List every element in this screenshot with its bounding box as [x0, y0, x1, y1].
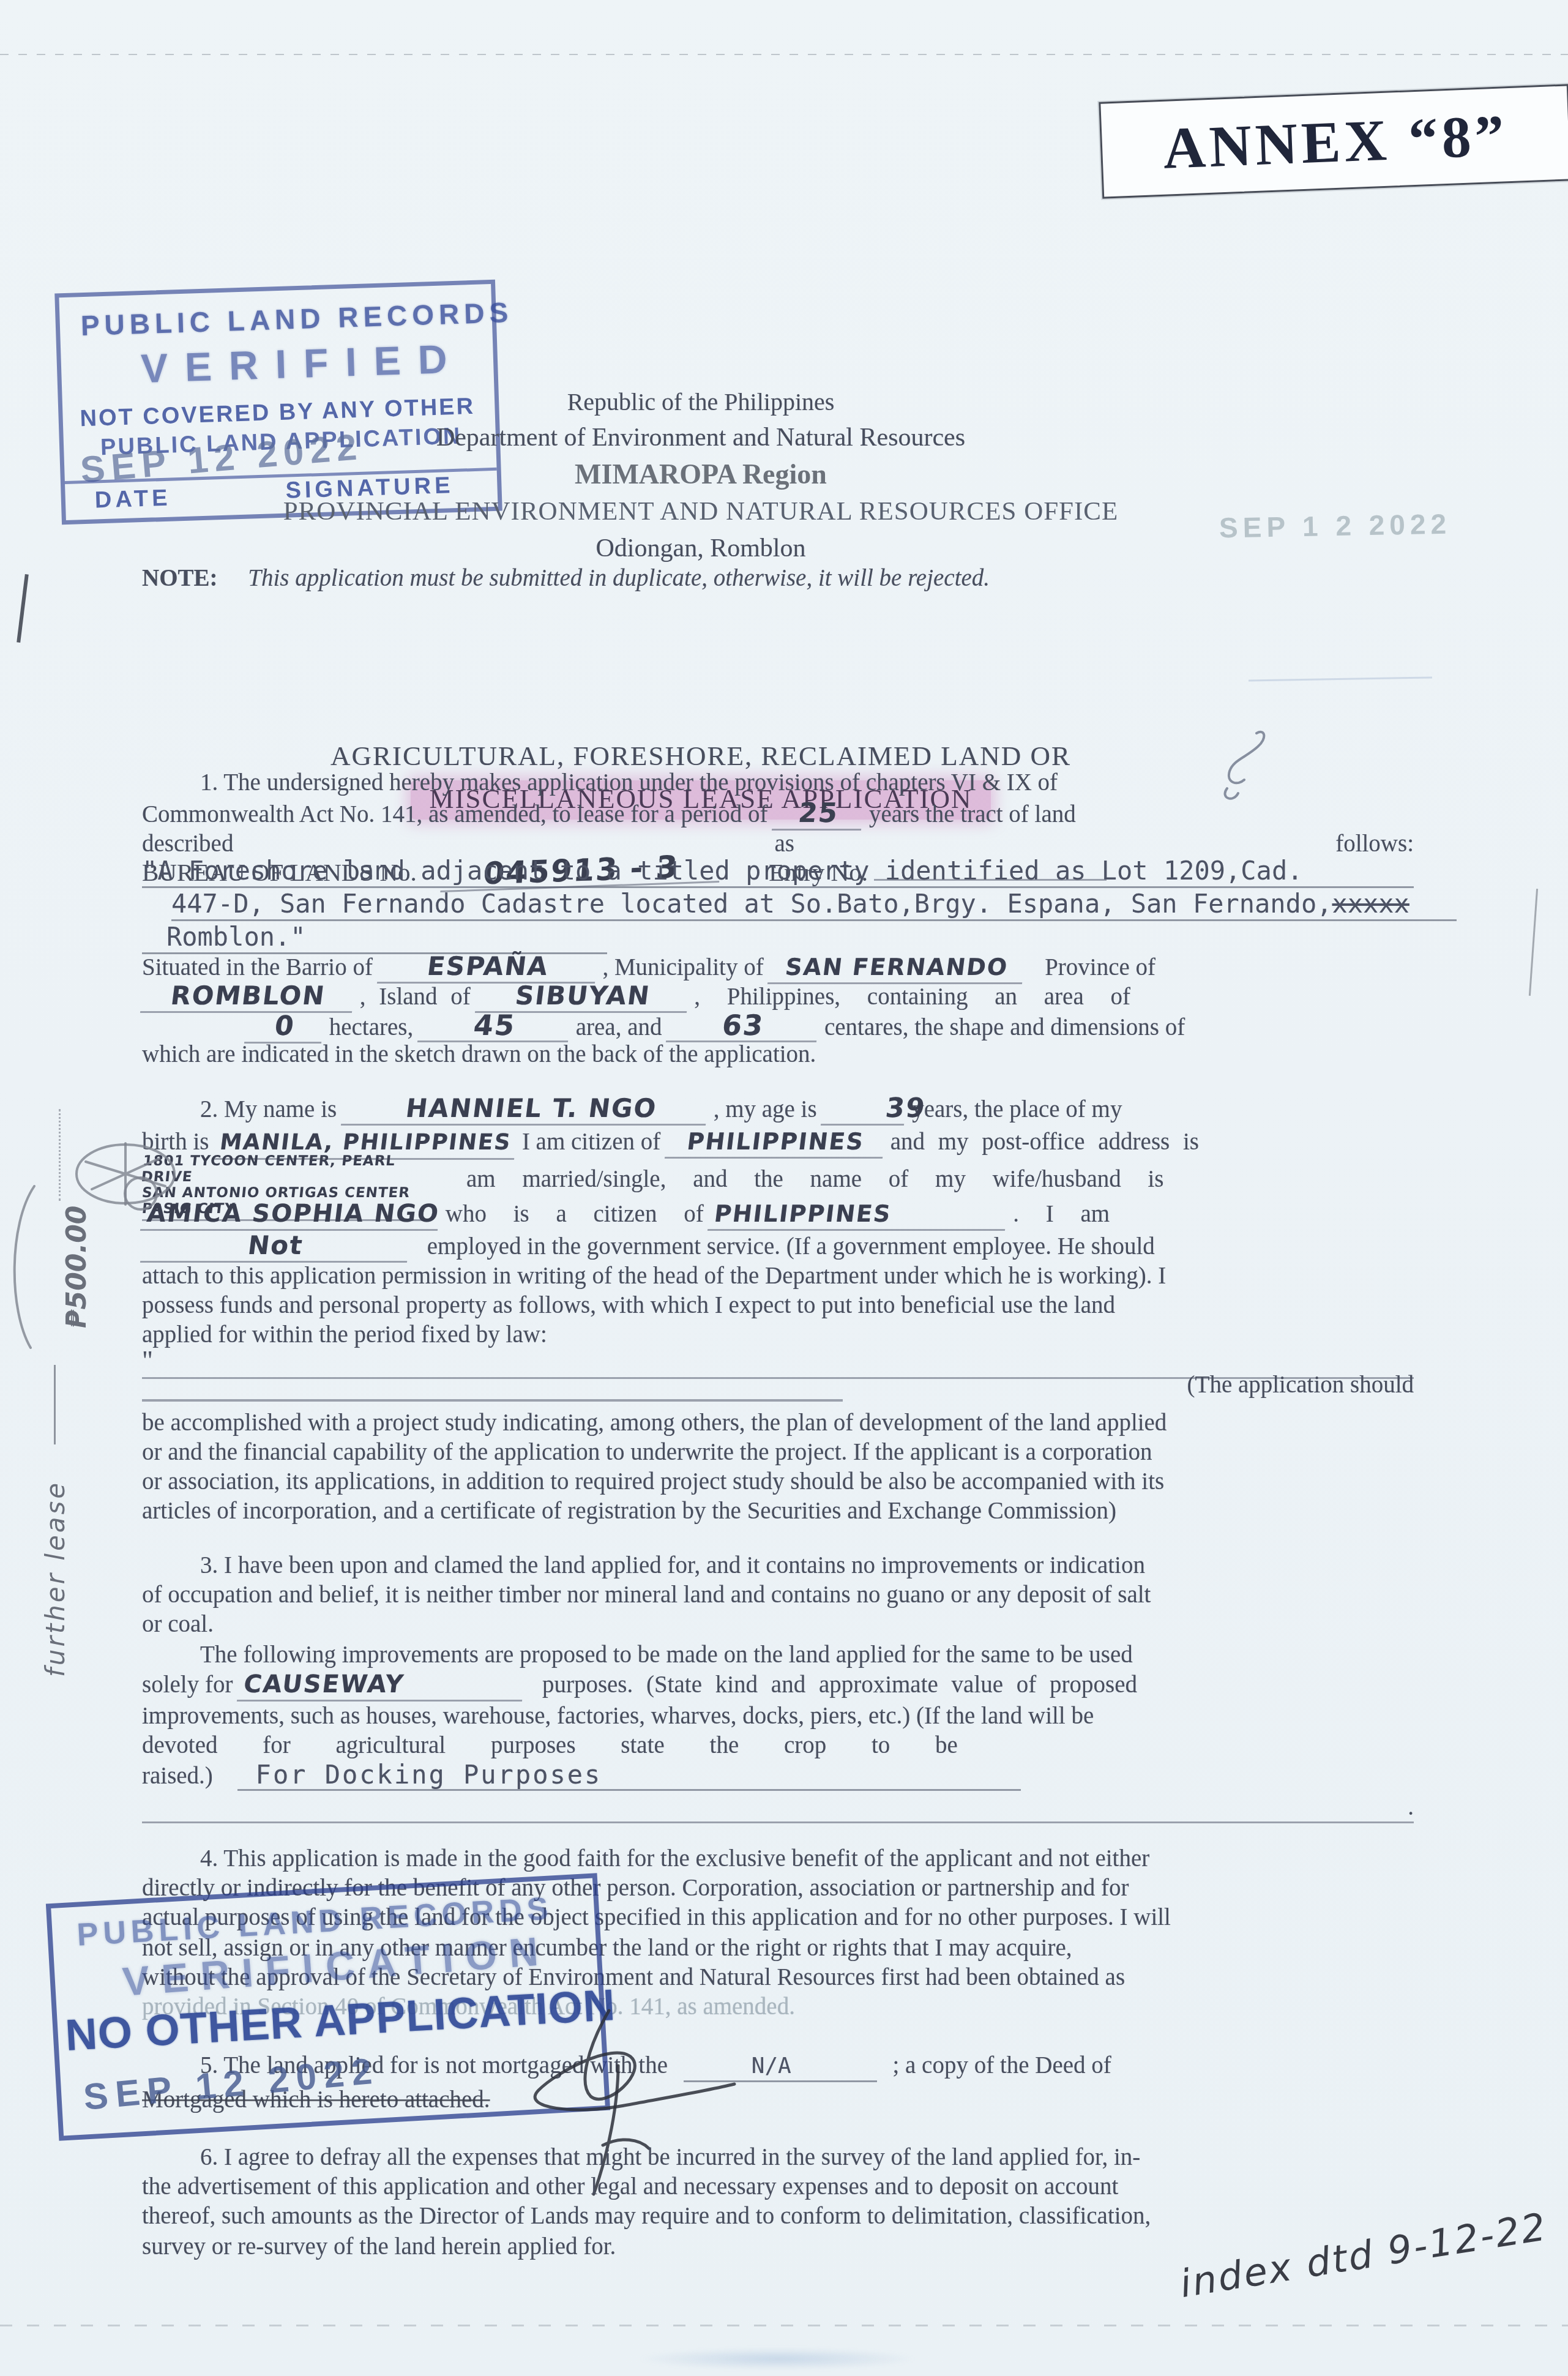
para2-line4: AMICA SOPHIA NGO who is a citizen of PHI… [142, 1200, 1414, 1231]
address-line1: 1801 TYCOON CENTER, PEARL DRIVE [140, 1153, 431, 1185]
scanned-document-page: ANNEX “8” PUBLIC LAND RECORDS VERIFIED N… [0, 0, 1568, 2376]
letterhead-office: PROVINCIAL ENVIRONMENT AND NATURAL RESOU… [257, 493, 1144, 530]
para2-line8: applied for within the period fixed by l… [142, 1321, 1414, 1349]
para2-name-label: 2. My name is [200, 1096, 337, 1123]
para3-line5: solely for CAUSEWAY purposes. (State kin… [142, 1670, 1414, 1702]
para5-deed-label: ; a copy of the Deed of [892, 2052, 1111, 2079]
letterhead-department: Department of Environment and Natural Re… [257, 420, 1144, 455]
typed-description-line2: 447-D, San Fernando Cadastre located at … [171, 889, 1457, 921]
solely-for-label: solely for [142, 1672, 233, 1698]
para2-line2-end: and my post-office address is [890, 1129, 1199, 1155]
typed-description-line1-text: "A Foreshore land adjacent to a titled p… [142, 856, 1302, 886]
para2-line7: possess funds and personal property as f… [142, 1291, 1414, 1320]
letterhead-location: Odiongan, Romblon [257, 530, 1144, 567]
situated-province-label: Province of [1045, 954, 1155, 981]
typed-description-line3-text: Romblon." [166, 922, 306, 952]
age-value: 39 [821, 1094, 908, 1126]
lease-period-years-value: 25 [772, 799, 865, 831]
causeway-value: CAUSEWAY [237, 1670, 526, 1702]
spouse-citizenship-value: PHILIPPINES [707, 1200, 1009, 1231]
funds-blank-line2 [142, 1399, 843, 1402]
scan-mark-left-edge [17, 574, 29, 643]
margin-dotted-tick [59, 1109, 61, 1201]
para1-described: described [142, 830, 233, 858]
citizen-label: I am citizen of [522, 1129, 660, 1155]
area-label: area, and [576, 1014, 662, 1040]
scan-noise-bottom [0, 2325, 1568, 2326]
para3-trailing-period: . [1408, 1794, 1414, 1820]
centares-value: 63 [666, 1011, 820, 1042]
para2-age-label: , my age is [714, 1096, 817, 1123]
note-label: NOTE: [142, 565, 218, 591]
para2-line1: 2. My name is HANNIEL T. NGO , my age is… [142, 1094, 1414, 1126]
centares-label: centares, the shape and dimensions of [824, 1014, 1185, 1040]
margin-amount-note: ₱500.00 [61, 1206, 92, 1328]
hectares-value: 0 [244, 1012, 325, 1044]
scan-dash-under-title [1249, 676, 1432, 681]
annex-label-box: ANNEX “8” [1099, 84, 1568, 198]
para1-line2-before: Commonwealth Act No. 141, as amended, to… [142, 801, 767, 827]
para3-line4: The following improvements are proposed … [142, 1641, 1414, 1669]
para2-line12: articles of incorporation, and a certifi… [142, 1497, 1414, 1525]
municipality-value: SAN FERNANDO [767, 953, 1026, 984]
scan-mark-right-margin [1529, 889, 1538, 996]
typed-description-line2-text: 447-D, San Fernando Cadastre located at … [171, 889, 1332, 919]
note-line: NOTE: This application must be submitted… [142, 564, 1414, 592]
hectares-label: hectares, [329, 1014, 414, 1040]
situated-line1: Situated in the Barrio of ESPAÑA , Munic… [142, 952, 1414, 984]
letterhead: Republic of the Philippines Department o… [257, 384, 1144, 567]
para1-follows: follows: [1335, 830, 1414, 858]
typed-description-line3: Romblon." [142, 922, 607, 954]
para4-line1: 4. This application is made in the good … [142, 1845, 1414, 1873]
applicant-name-value: HANNIEL T. NGO [341, 1094, 709, 1126]
para2-line6: attach to this application permission in… [142, 1262, 1414, 1290]
para6-line1: 6. I agree to defray all the expenses th… [142, 2143, 1414, 2172]
margin-parenthesis-mark [4, 1181, 40, 1353]
para2-line4-end: . I am [1013, 1201, 1110, 1227]
para3-line5-end: purposes. (State kind and approximate va… [542, 1672, 1137, 1698]
para3-line6: improvements, such as houses, warehouse,… [142, 1702, 1414, 1730]
para2-line11: or association, its applications, in add… [142, 1468, 1414, 1496]
barrio-value: ESPAÑA [377, 952, 599, 984]
para2-line10: or and the financial capability of the a… [142, 1438, 1414, 1466]
para3-blank-line: . [142, 1793, 1414, 1823]
employment-not-value: Not [140, 1231, 411, 1263]
para2-employed-text: employed in the government service. (If … [427, 1233, 1155, 1260]
spouse-citizen-label: who is a citizen of [446, 1201, 704, 1227]
para2-line5: Not employed in the government service. … [142, 1231, 1414, 1263]
para6-line2: the advertisement of this application an… [142, 2173, 1414, 2201]
situated-island-label: , Island of [360, 984, 471, 1010]
received-date-stamp: SEP 1 2 2022 [1219, 507, 1452, 545]
scan-noise-top [0, 54, 1568, 55]
application-should-text: (The application should [142, 1371, 1414, 1399]
para3-line1: 3. I have been upon and clamed the land … [142, 1552, 1414, 1580]
para1-line2: Commonwealth Act No. 141, as amended, to… [142, 799, 1414, 831]
letterhead-country: Republic of the Philippines [257, 384, 1144, 420]
margin-dash-mark [54, 1365, 56, 1444]
para3-line2: of occupation and belief, it is neither … [142, 1581, 1414, 1609]
area-value: 45 [417, 1011, 572, 1042]
para2-line1-end: years, the place of my [912, 1096, 1122, 1123]
situated-line3: 0 hectares, 45 area, and 63 centares, th… [142, 1011, 1518, 1044]
typed-description-struck-text: xxxxx [1332, 889, 1409, 919]
address-line2: SAN ANTONIO ORTIGAS CENTER [141, 1185, 431, 1201]
annex-label: ANNEX “8” [1162, 101, 1509, 182]
margin-vertical-note: further lease [40, 1481, 70, 1677]
application-should-label: (The application should [1187, 1372, 1414, 1398]
situated-municipality-label: , Municipality of [602, 954, 763, 981]
para3-line8: raised.) For Docking Purposes [142, 1761, 1414, 1791]
para2-line9: be accomplished with a project study ind… [142, 1409, 1414, 1437]
para1-line3: described as follows: [142, 830, 1414, 858]
verified-stamp-date-label: DATE [94, 485, 171, 514]
para3-line3: or coal. [142, 1610, 1414, 1638]
verified-stamp-line2: VERIFIED [140, 335, 465, 392]
para3-line7: devoted for agricultural purposes state … [142, 1732, 1414, 1760]
situated-philippines-text: , Philippines, containing an area of [694, 984, 1130, 1010]
para1-line2-after: years the tract of land [869, 801, 1076, 827]
scan-blur-bottom [637, 2348, 918, 2370]
verification-stamp-date: SEP 12 2022 [82, 2049, 381, 2118]
province-value: ROMBLON [140, 982, 356, 1013]
para1-as: as [775, 830, 795, 858]
situated-line4: which are indicated in the sketch drawn … [142, 1040, 1414, 1069]
para6-line3: thereof, such amounts as the Director of… [142, 2202, 1414, 2230]
typed-description-line1: "A Foreshore land adjacent to a titled p… [142, 856, 1414, 888]
docking-purposes-value: For Docking Purposes [237, 1761, 1021, 1791]
para1-line1: 1. The undersigned hereby makes applicat… [142, 769, 1414, 797]
spouse-name-value: AMICA SOPHIA NGO [140, 1200, 441, 1231]
situated-line2: ROMBLON , Island of SIBUYAN , Philippine… [142, 982, 1414, 1013]
letterhead-region: MIMAROPA Region [257, 455, 1144, 493]
situated-barrio-label: Situated in the Barrio of [142, 954, 373, 981]
raised-label: raised.) [142, 1763, 213, 1789]
note-text: This application must be submitted in du… [248, 565, 990, 591]
